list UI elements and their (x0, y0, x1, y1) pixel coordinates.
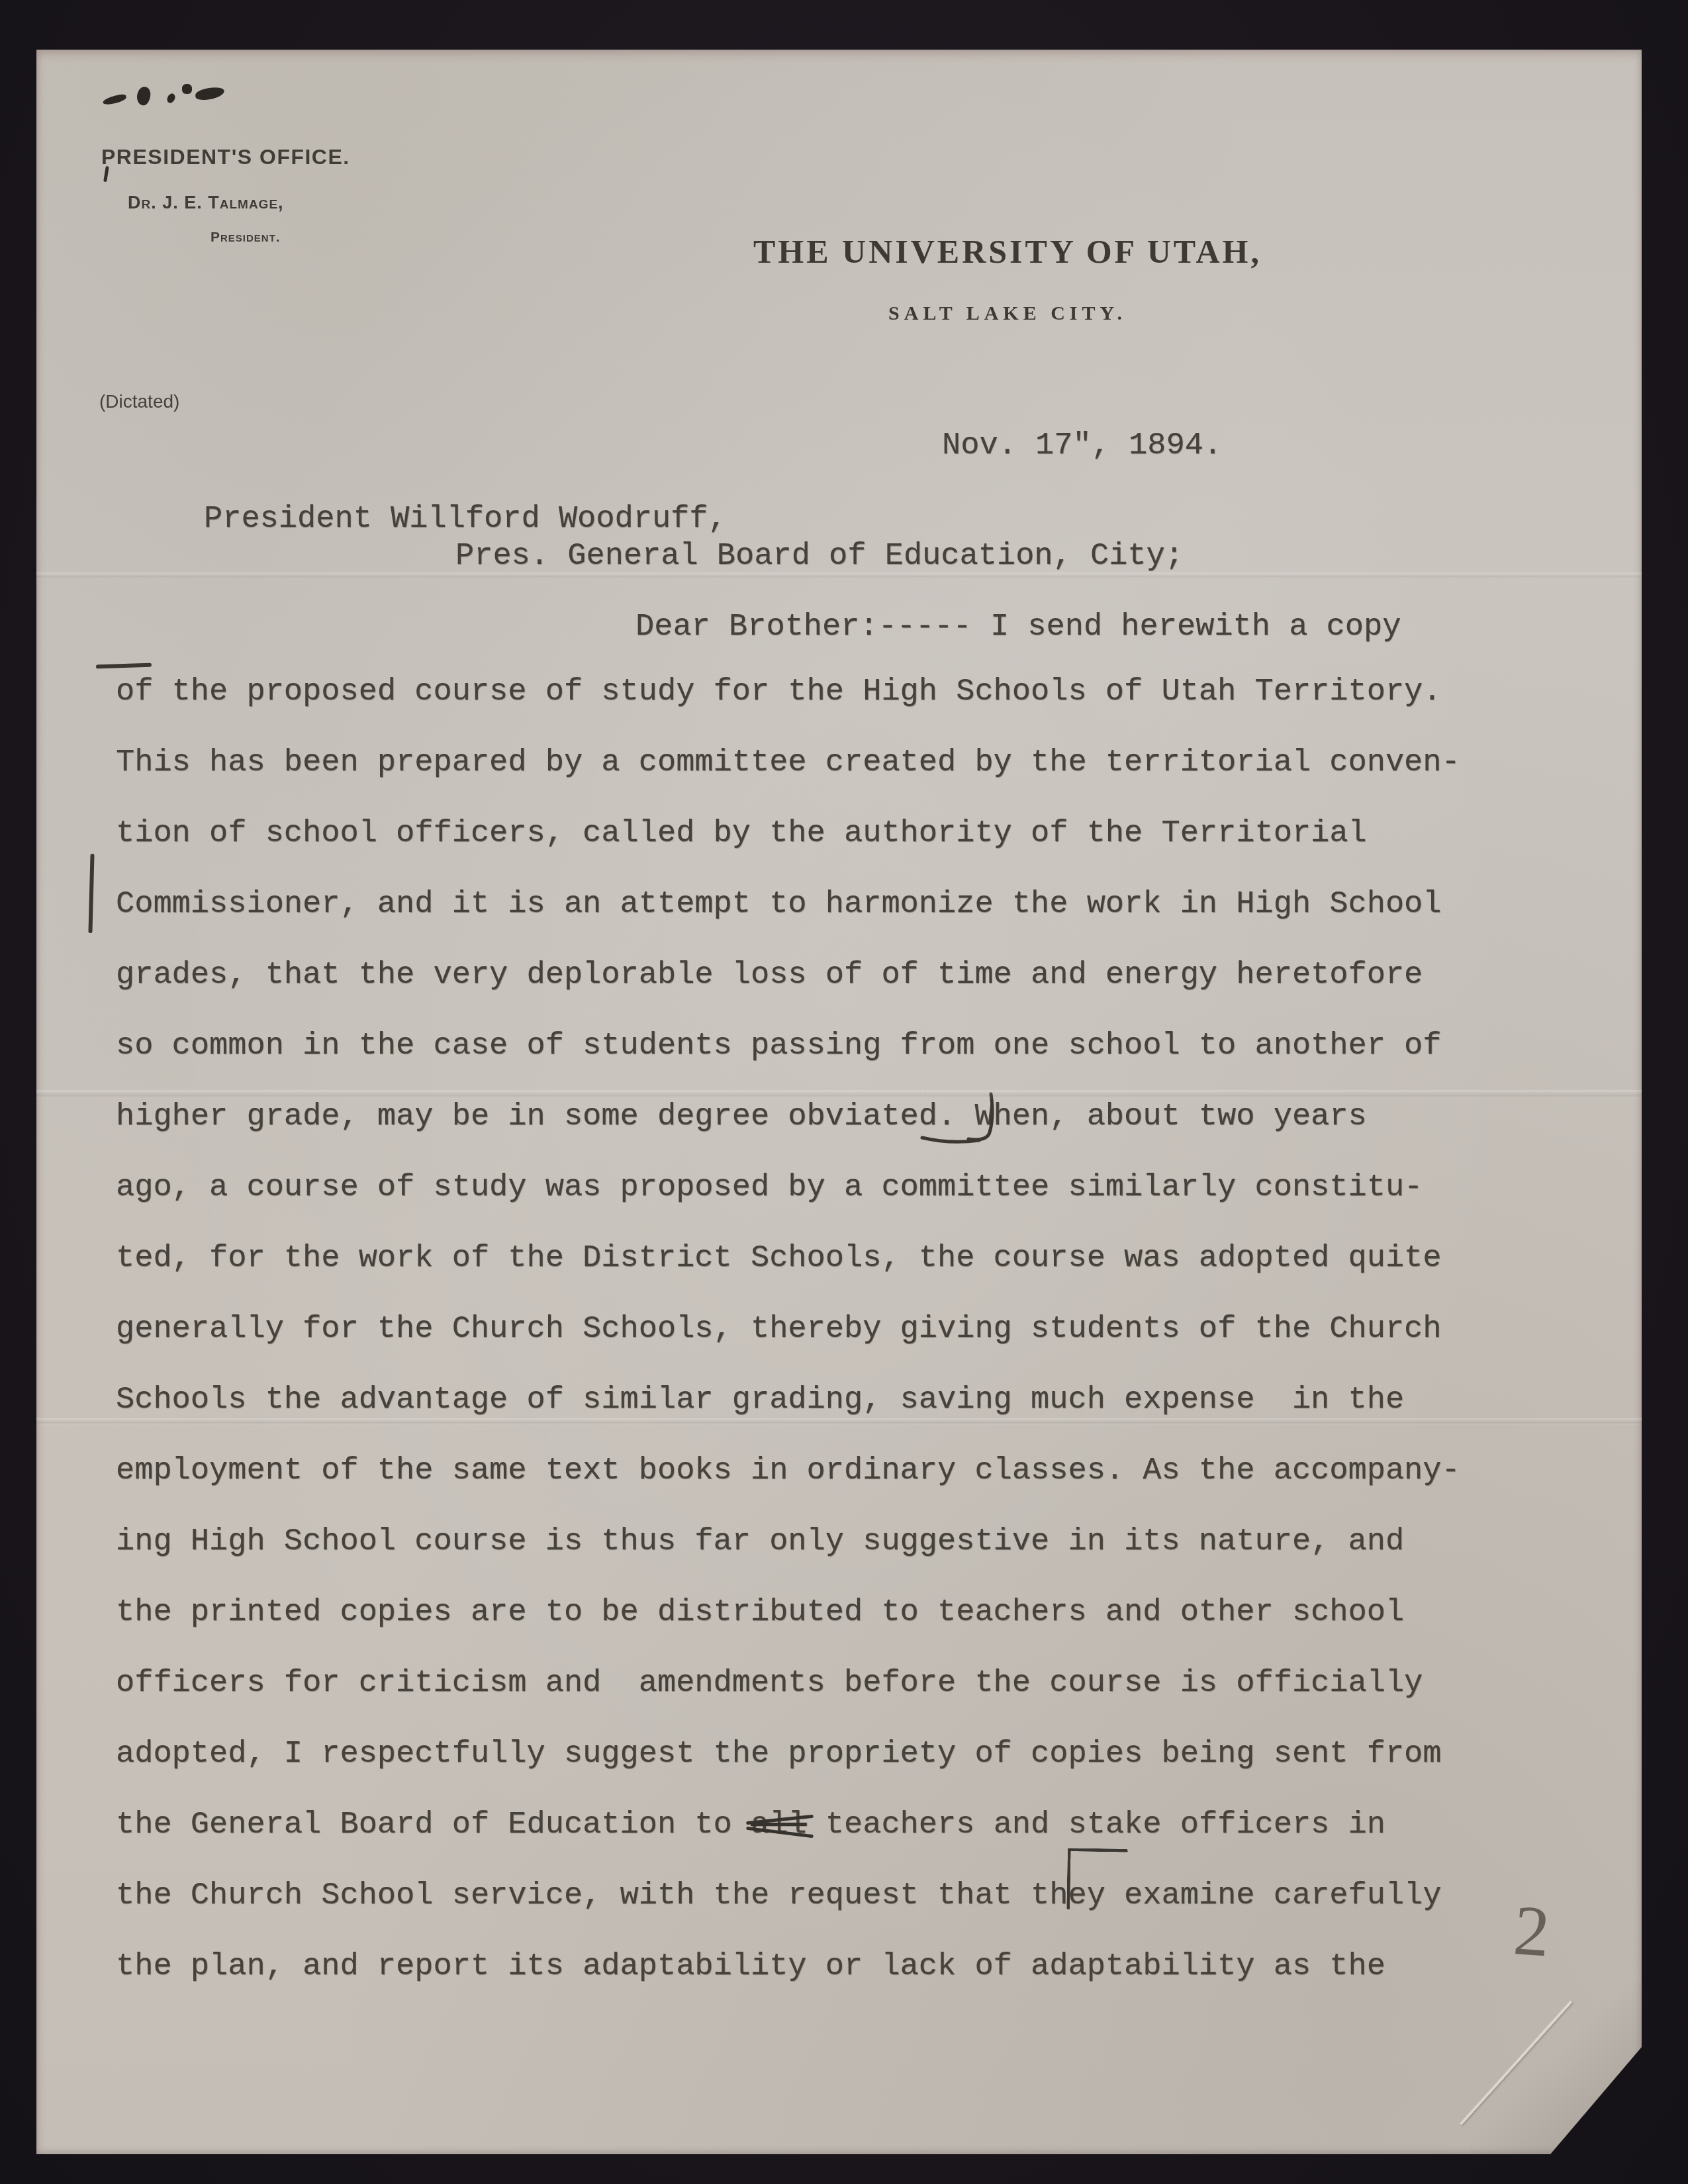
body-text-segment: the printed copies are to be distributed… (116, 1595, 1404, 1630)
body-text-segment: so common in the case of students passin… (116, 1028, 1442, 1064)
body-line: of the proposed course of study for the … (116, 657, 1460, 727)
body-line: higher grade, may be in some degree obvi… (116, 1081, 1460, 1152)
body-text-segment: employment of the same text books in ord… (116, 1453, 1460, 1488)
ink-blob (102, 93, 127, 106)
body-line: the printed copies are to be distributed… (116, 1577, 1460, 1648)
dictated-label: (Dictated) (99, 391, 179, 412)
body-text-segment: Schools the advantage of similar grading… (116, 1383, 1404, 1418)
paragraph-insert-mark (917, 1089, 1036, 1175)
letter-page: PRESIDENT'S OFFICE. Dr. J. E. Talmage, P… (36, 50, 1642, 2154)
pencil-page-number: 2 (1511, 1889, 1553, 1974)
body-line: the General Board of Education to all te… (116, 1790, 1460, 1860)
address-line-1: President Willford Woodruff, (204, 502, 727, 537)
letterhead-office: PRESIDENT'S OFFICE. (101, 145, 350, 169)
body-text-segment: grades, that the very deplorable loss of… (116, 958, 1423, 993)
body-line: ago, a course of study was proposed by a… (116, 1152, 1460, 1223)
body-line: tion of school officers, called by the a… (116, 798, 1460, 869)
body-line: This has been prepared by a committee cr… (116, 727, 1460, 798)
ink-blob (165, 92, 177, 104)
body-text-segment: tion of school officers, called by the a… (116, 816, 1367, 851)
body-line: the plan, and report its adaptability or… (116, 1931, 1460, 2002)
body-lines: of the proposed course of study for the … (116, 657, 1460, 2002)
body-line: Commissioner, and it is an attempt to ha… (116, 869, 1460, 940)
body-text-segment: teachers and stake officers in (807, 1807, 1385, 1843)
body-text-segment: officers for criticism and amendments be… (116, 1666, 1423, 1701)
corner-fold-crease (1460, 2001, 1572, 2125)
ink-blob (195, 86, 225, 101)
body-line: the Church School service, with the requ… (116, 1860, 1460, 1931)
body-text-segment: ago, a course of study was proposed by a… (116, 1170, 1423, 1205)
letterhead-city: SALT LAKE CITY. (594, 302, 1421, 325)
ink-blob (134, 85, 153, 107)
scan-background: { "colors": { "background": "#1a161c", "… (0, 0, 1688, 2184)
body-text-segment: the plan, and report its adaptability or… (116, 1949, 1385, 1984)
body-text-segment: ing High School course is thus far only … (116, 1524, 1404, 1559)
address-line-2: Pres. General Board of Education, City; (455, 539, 1184, 574)
body-line: ted, for the work of the District School… (116, 1223, 1460, 1294)
ink-scribble-mark (103, 83, 235, 122)
body-line: adopted, I respectfully suggest the prop… (116, 1719, 1460, 1790)
body-text-segment: generally for the Church Schools, thereb… (116, 1312, 1442, 1347)
body-text-segment: the Church School service, with the requ… (116, 1878, 1442, 1913)
letterhead-university: THE UNIVERSITY OF UTAH, (594, 232, 1421, 271)
body-line: Schools the advantage of similar grading… (116, 1365, 1460, 1435)
body-line: employment of the same text books in ord… (116, 1435, 1460, 1506)
letterhead-president-name: Dr. J. E. Talmage, (128, 193, 284, 213)
body-text-segment: Commissioner, and it is an attempt to ha… (116, 887, 1442, 922)
ink-blob (182, 84, 192, 94)
letterhead-president-title: President. (211, 230, 281, 246)
body-line: officers for criticism and amendments be… (116, 1648, 1460, 1719)
body-text-segment: ted, for the work of the District School… (116, 1241, 1442, 1276)
salutation-line: Dear Brother:----- I send herewith a cop… (635, 610, 1401, 645)
body-line: so common in the case of students passin… (116, 1011, 1460, 1081)
caret-insert-mark (1066, 1848, 1128, 1911)
date-line: Nov. 17", 1894. (942, 428, 1222, 463)
corner-fold (1470, 1982, 1642, 2154)
body-text-segment: higher grade, may be in some degree obvi… (116, 1099, 1367, 1134)
body-line: ing High School course is thus far only … (116, 1506, 1460, 1577)
body-line: grades, that the very deplorable loss of… (116, 940, 1460, 1011)
body-line: generally for the Church Schools, thereb… (116, 1294, 1460, 1365)
body-text-segment: This has been prepared by a committee cr… (116, 745, 1460, 780)
body-text-segment: adopted, I respectfully suggest the prop… (116, 1737, 1442, 1772)
body-text-segment: of the proposed course of study for the … (116, 674, 1442, 709)
margin-line-mark (88, 854, 94, 933)
struck-word: all (751, 1807, 807, 1843)
body-text-segment: the General Board of Education to (116, 1807, 751, 1843)
